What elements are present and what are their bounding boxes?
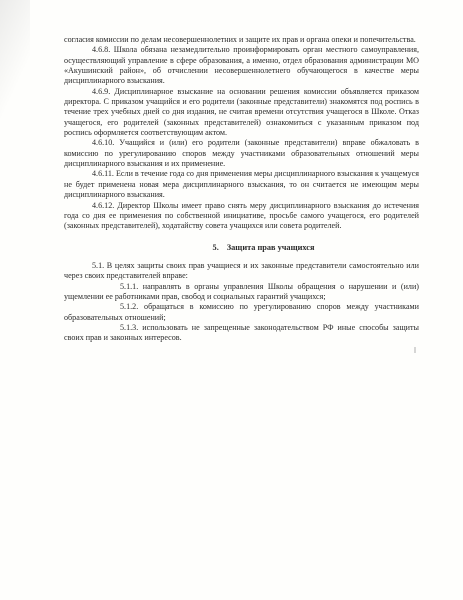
paragraph-4-6-8: 4.6.8. Школа обязана незамедлительно про… <box>64 45 419 86</box>
item-number: 5.1.1. <box>92 282 138 292</box>
paragraph-5-1-3: 5.1.3. использовать не запрещенные закон… <box>64 323 419 344</box>
section-title: Защита прав учащихся <box>227 243 315 252</box>
paragraph-4-6-12: 4.6.12. Директор Школы имеет право снять… <box>64 201 419 232</box>
document-page: согласия комиссии по делам несовершеннол… <box>64 35 419 344</box>
paragraph-5-1: 5.1. В целях защиты своих прав учащиеся … <box>64 261 419 282</box>
paragraph-5-1-1: 5.1.1. направлять в органы управления Шк… <box>64 282 419 303</box>
scan-artifact <box>414 347 416 353</box>
section-number: 5. <box>213 243 219 252</box>
item-number: 5.1.2. <box>92 302 138 312</box>
scan-shadow <box>0 0 30 140</box>
paragraph-4-6-9: 4.6.9. Дисциплинарное взыскание на основ… <box>64 87 419 139</box>
paragraph-continuation: согласия комиссии по делам несовершеннол… <box>64 35 419 45</box>
paragraph-5-1-2: 5.1.2. обращаться в комиссию по урегулир… <box>64 302 419 323</box>
paragraph-4-6-10: 4.6.10. Учащийся и (или) его родители (з… <box>64 138 419 169</box>
item-number: 5.1.3. <box>92 323 138 333</box>
paragraph-4-6-11: 4.6.11. Если в течение года со дня приме… <box>64 169 419 200</box>
section-5-heading: 5.Защита прав учащихся <box>64 243 419 253</box>
